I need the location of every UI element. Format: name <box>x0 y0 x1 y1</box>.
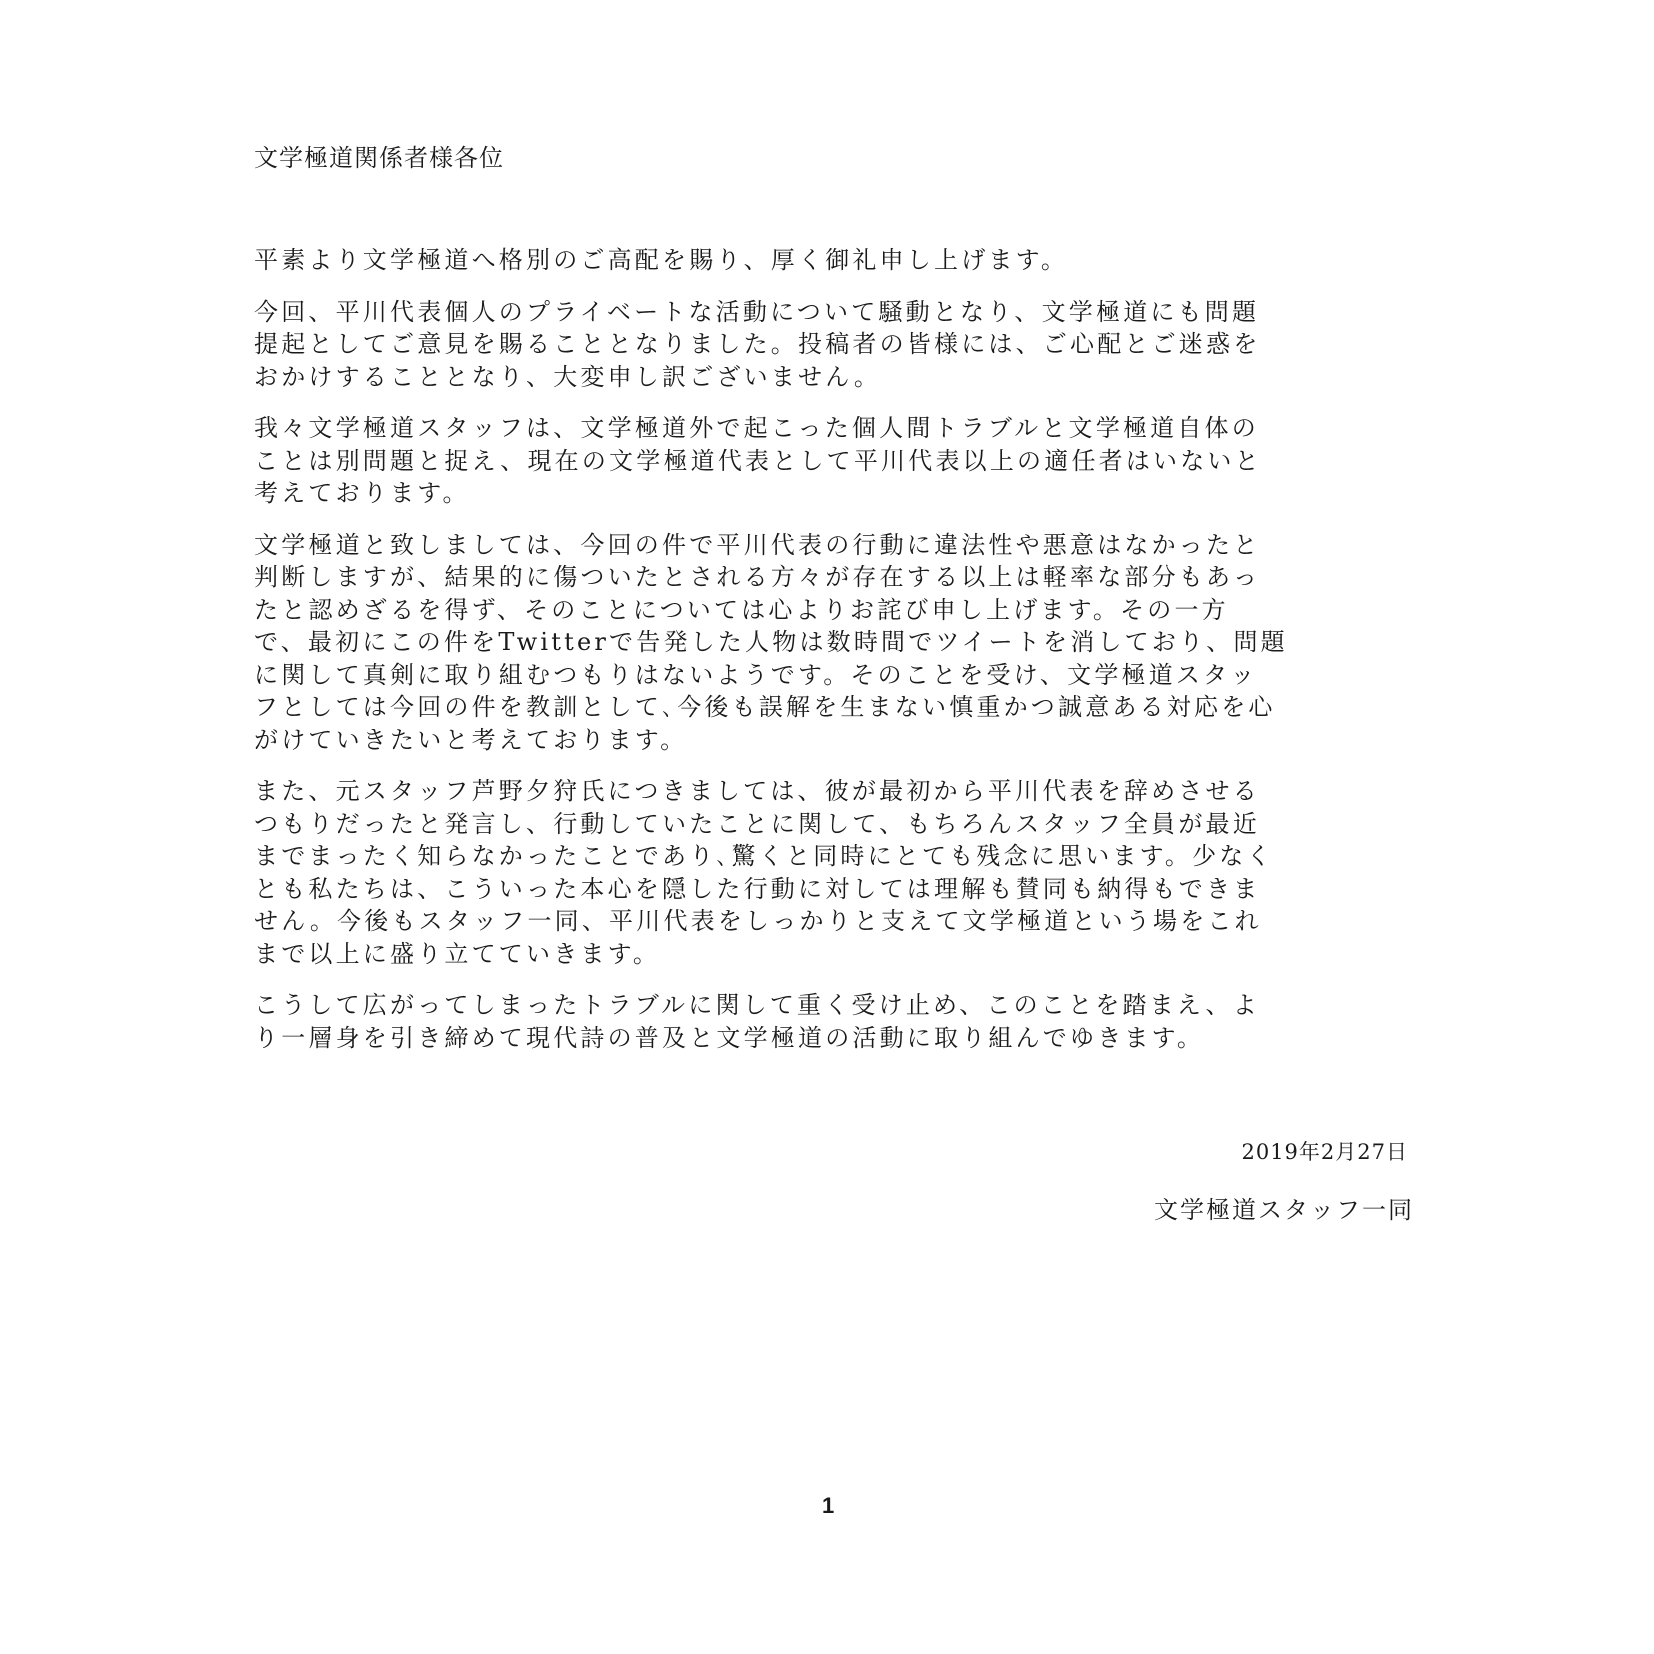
text-line: 我々文学極道スタッフは、文学極道外で起こった個人間トラブルと文学極道自体の <box>254 412 1414 445</box>
text-line: に関して真剣に取り組むつもりはないようです。そのことを受け、文学極道スタッ <box>254 659 1414 692</box>
text-line: までまったく知らなかったことであり､驚くと同時にとても残念に思います。少なく <box>254 840 1414 873</box>
text-line: また、元スタッフ芦野夕狩氏につきましては、彼が最初から平川代表を辞めさせる <box>254 775 1414 808</box>
text-line: まで以上に盛り立てていきます。 <box>254 938 1414 971</box>
text-line: ことは別問題と捉え、現在の文学極道代表として平川代表以上の適任者はいないと <box>254 445 1414 478</box>
text-line: たと認めざるを得ず、そのことについては心よりお詫び申し上げます。その一方 <box>254 594 1414 627</box>
document-page: 文学極道関係者様各位 平素より文学極道へ格別のご高配を賜り、厚く御礼申し上げます… <box>0 0 1654 1654</box>
page-number: 1 <box>822 1493 834 1519</box>
text-line: 今回、平川代表個人のプライベートな活動について騒動となり、文学極道にも問題 <box>254 296 1414 329</box>
text-line: 提起としてご意見を賜ることとなりました。投稿者の皆様には、ご心配とご迷惑を <box>254 328 1414 361</box>
text-line: こうして広がってしまったトラブルに関して重く受け止め、このことを踏まえ、よ <box>254 989 1414 1022</box>
text-line: り一層身を引き締めて現代詩の普及と文学極道の活動に取り組んでゆきます。 <box>254 1022 1414 1055</box>
text-line: つもりだったと発言し、行動していたことに関して、もちろんスタッフ全員が最近 <box>254 808 1414 841</box>
paragraph-apology: 今回、平川代表個人のプライベートな活動について騒動となり、文学極道にも問題 提起… <box>254 296 1414 394</box>
text-line: で、最初にこの件をTwitterで告発した人物は数時間でツイートを消しており、問… <box>254 626 1414 659</box>
text-line: せん。今後もスタッフ一同、平川代表をしっかりと支えて文学極道という場をこれ <box>254 905 1414 938</box>
paragraph-former-staff: また、元スタッフ芦野夕狩氏につきましては、彼が最初から平川代表を辞めさせる つも… <box>254 775 1414 970</box>
text-line: とも私たちは、こういった本心を隠した行動に対しては理解も賛同も納得もできま <box>254 873 1414 906</box>
addressee: 文学極道関係者様各位 <box>254 140 504 176</box>
text-line: おかけすることとなり、大変申し訳ございません。 <box>254 361 1414 394</box>
paragraph-greeting: 平素より文学極道へ格別のご高配を賜り、厚く御礼申し上げます。 <box>254 244 1414 277</box>
text-line: がけていきたいと考えております。 <box>254 724 1414 757</box>
letter-signature: 文学極道スタッフ一同 <box>1154 1190 1414 1225</box>
paragraph-judgment: 文学極道と致しましては、今回の件で平川代表の行動に違法性や悪意はなかったと 判断… <box>254 529 1414 757</box>
text-line: 考えております。 <box>254 477 1414 510</box>
text-line: 判断しますが、結果的に傷ついたとされる方々が存在する以上は軽率な部分もあっ <box>254 561 1414 594</box>
text-line: 平素より文学極道へ格別のご高配を賜り、厚く御礼申し上げます。 <box>254 244 1414 277</box>
text-line: フとしては今回の件を教訓として､今後も誤解を生まない慎重かつ誠意ある対応を心 <box>254 691 1414 724</box>
letter-body: 平素より文学極道へ格別のご高配を賜り、厚く御礼申し上げます。 今回、平川代表個人… <box>254 244 1414 1073</box>
text-line: 文学極道と致しましては、今回の件で平川代表の行動に違法性や悪意はなかったと <box>254 529 1414 562</box>
paragraph-staff-position: 我々文学極道スタッフは、文学極道外で起こった個人間トラブルと文学極道自体の こと… <box>254 412 1414 510</box>
paragraph-closing: こうして広がってしまったトラブルに関して重く受け止め、このことを踏まえ、よ り一… <box>254 989 1414 1054</box>
letter-date: 2019年2月27日 <box>1241 1136 1408 1166</box>
